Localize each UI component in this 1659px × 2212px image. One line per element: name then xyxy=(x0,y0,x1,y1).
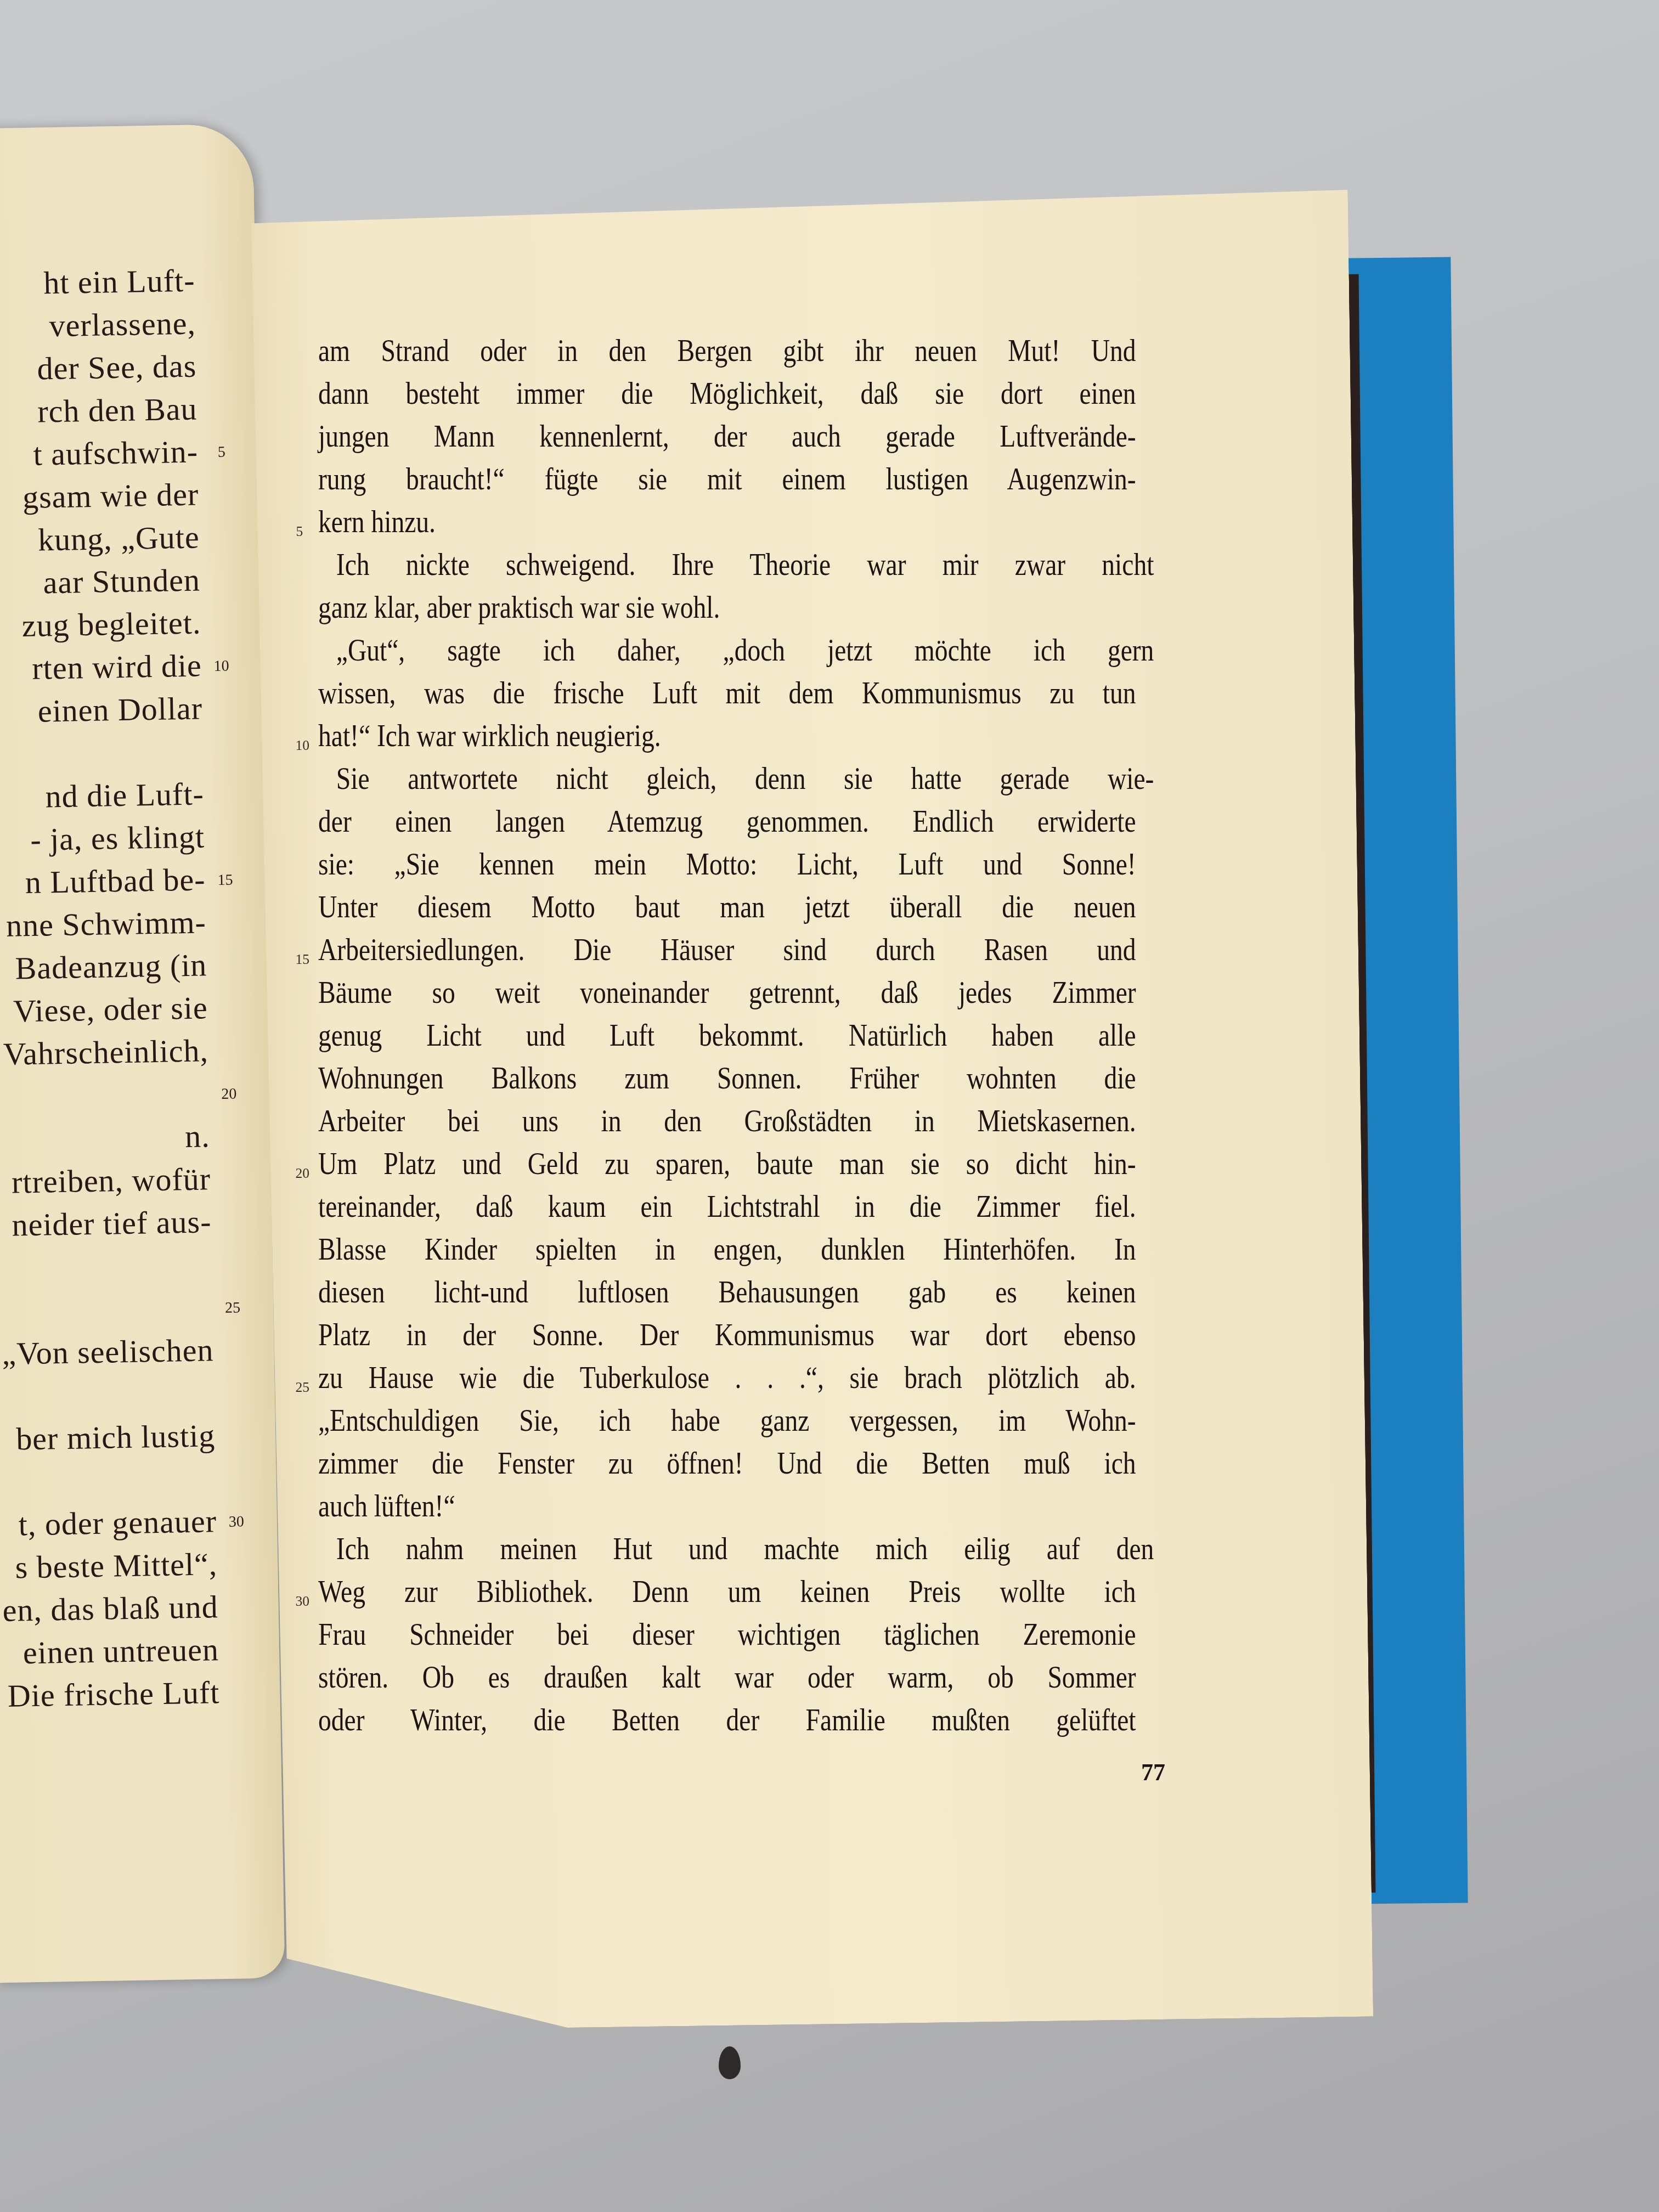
text-line-content: „Gut“, sagte ich daher, „doch jetzt möch… xyxy=(336,632,1154,668)
left-page-text: ht ein Luft-verlassene,der See, dasrch d… xyxy=(0,124,252,129)
text-line-content: der einen langen Atemzug genommen. Endli… xyxy=(318,803,1136,839)
left-text-line: zug begleitet. xyxy=(21,604,201,644)
text-line: „Gut“, sagte ich daher, „doch jetzt möch… xyxy=(318,629,1154,672)
left-text-line: n Luftbad be- xyxy=(25,861,206,901)
text-line: stören. Ob es draußen kalt war oder warm… xyxy=(318,1656,1136,1699)
left-line-number: 30 xyxy=(229,1513,245,1531)
text-line-content: rung braucht!“ fügte sie mit einem lusti… xyxy=(318,461,1136,496)
bookmark-ribbon-tip xyxy=(719,2046,741,2079)
left-line-number: 5 xyxy=(218,444,226,461)
text-line: Arbeitersiedlungen. Die Häuser sind durc… xyxy=(318,928,1136,971)
text-line: dann besteht immer die Möglichkeit, daß … xyxy=(318,372,1136,415)
text-line-content: zu Hause wie die Tuberkulose . . .“, sie… xyxy=(318,1359,1136,1395)
text-line: zimmer die Fenster zu öffnen! Und die Be… xyxy=(318,1442,1136,1485)
text-line-content: stören. Ob es draußen kalt war oder warm… xyxy=(318,1659,1136,1695)
text-line: hat!“ Ich war wirklich neugierig.10 xyxy=(318,714,1136,757)
line-number: 5 xyxy=(296,510,303,553)
left-line-number: 25 xyxy=(225,1299,241,1317)
left-text-line: t aufschwin- xyxy=(33,433,198,472)
text-line: Ich nahm meinen Hut und machte mich eili… xyxy=(318,1527,1154,1570)
page-number: 77 xyxy=(1141,1758,1165,1786)
text-line: am Strand oder in den Bergen gibt ihr ne… xyxy=(318,329,1136,372)
text-line-content: jungen Mann kennenlernt, der auch gerade… xyxy=(318,418,1136,454)
left-text-line: s beste Mittel“, xyxy=(15,1545,218,1585)
left-line-number: 20 xyxy=(221,1085,237,1103)
text-line-content: am Strand oder in den Bergen gibt ihr ne… xyxy=(318,332,1136,368)
text-line-content: wissen, was die frische Luft mit dem Kom… xyxy=(318,675,1136,710)
text-line: rung braucht!“ fügte sie mit einem lusti… xyxy=(318,458,1136,500)
text-line-content: Sie antwortete nicht gleich, denn sie ha… xyxy=(336,760,1154,796)
line-number: 15 xyxy=(296,938,310,981)
text-line: Wohnungen Balkons zum Sonnen. Früher woh… xyxy=(318,1057,1136,1099)
left-text-line: nd die Luft- xyxy=(45,775,204,815)
text-line: auch lüften!“ xyxy=(318,1485,1136,1527)
text-line: Weg zur Bibliothek. Denn um keinen Preis… xyxy=(318,1570,1136,1613)
text-line-content: genug Licht und Luft bekommt. Natürlich … xyxy=(318,1017,1136,1053)
text-line: Frau Schneider bei dieser wichtigen tägl… xyxy=(318,1613,1136,1656)
left-text-line: ber mich lustig xyxy=(16,1417,216,1457)
right-page-text: am Strand oder in den Bergen gibt ihr ne… xyxy=(318,329,1136,1741)
text-line: „Entschuldigen Sie, ich habe ganz verges… xyxy=(318,1399,1136,1442)
left-text-line: einen Dollar xyxy=(37,690,202,729)
text-line: Bäume so weit voneinander getrennt, daß … xyxy=(318,971,1136,1014)
line-number: 20 xyxy=(296,1152,310,1195)
text-line-content: Frau Schneider bei dieser wichtigen tägl… xyxy=(318,1616,1136,1652)
left-text-line: rch den Bau xyxy=(37,390,198,430)
text-line: Ich nickte schweigend. Ihre Theorie war … xyxy=(318,543,1154,586)
left-text-line: Viese, oder sie xyxy=(13,989,208,1029)
text-line-content: Platz in der Sonne. Der Kommunismus war … xyxy=(318,1317,1136,1352)
text-line: jungen Mann kennenlernt, der auch gerade… xyxy=(318,415,1136,458)
text-line: zu Hause wie die Tuberkulose . . .“, sie… xyxy=(318,1356,1136,1399)
text-line-content: kern hinzu. xyxy=(318,504,436,539)
text-line-content: tereinander, daß kaum ein Lichtstrahl in… xyxy=(318,1188,1136,1224)
text-line: Blasse Kinder spielten in engen, dunklen… xyxy=(318,1228,1136,1271)
left-text-line: t, oder genauer xyxy=(18,1503,217,1543)
text-line-content: diesen licht-und luftlosen Behausungen g… xyxy=(318,1274,1136,1310)
left-text-line: Vahrscheinlich, xyxy=(3,1032,208,1073)
text-line: oder Winter, die Betten der Familie mußt… xyxy=(318,1699,1136,1741)
left-text-line: ht ein Luft- xyxy=(43,262,195,302)
text-line: wissen, was die frische Luft mit dem Kom… xyxy=(318,672,1136,714)
line-number: 30 xyxy=(296,1580,310,1623)
left-text-line: kung, „Gute xyxy=(38,518,200,558)
text-line: genug Licht und Luft bekommt. Natürlich … xyxy=(318,1014,1136,1057)
text-line-content: sie: „Sie kennen mein Motto: Licht, Luft… xyxy=(318,846,1136,882)
left-text-line: nne Schwimm- xyxy=(6,904,207,944)
left-text-line: en, das blaß und xyxy=(2,1588,218,1629)
left-line-number: 10 xyxy=(213,658,229,675)
text-line-content: Um Platz und Geld zu sparen, baute man s… xyxy=(318,1145,1136,1181)
line-number: 10 xyxy=(296,724,310,767)
left-text-line: gsam wie der xyxy=(22,476,199,516)
left-text-line: rtreiben, wofür xyxy=(12,1160,211,1200)
left-text-line: aar Stunden xyxy=(43,561,201,601)
left-text-line: Badeanzug (in xyxy=(15,946,207,986)
left-text-line: der See, das xyxy=(37,347,197,387)
text-line: Platz in der Sonne. Der Kommunismus war … xyxy=(318,1313,1136,1356)
left-text-line: - ja, es klingt xyxy=(30,818,205,858)
text-line-content: Unter diesem Motto baut man jetzt überal… xyxy=(318,889,1136,924)
text-line: Unter diesem Motto baut man jetzt überal… xyxy=(318,885,1136,928)
left-text-line: rten wird die xyxy=(32,647,202,686)
text-line-content: auch lüften!“ xyxy=(318,1488,455,1523)
left-text-line: „Von seelischen xyxy=(2,1331,214,1372)
text-line-content: Weg zur Bibliothek. Denn um keinen Preis… xyxy=(318,1573,1136,1609)
text-line-content: ganz klar, aber praktisch war sie wohl. xyxy=(318,589,720,625)
left-text-line: verlassene, xyxy=(49,305,196,345)
text-line-content: „Entschuldigen Sie, ich habe ganz verges… xyxy=(318,1402,1136,1438)
text-line-content: Wohnungen Balkons zum Sonnen. Früher woh… xyxy=(318,1060,1136,1096)
text-line-content: Ich nickte schweigend. Ihre Theorie war … xyxy=(336,546,1154,582)
text-line-content: Arbeiter bei uns in den Großstädten in M… xyxy=(318,1103,1136,1138)
text-line-content: Arbeitersiedlungen. Die Häuser sind durc… xyxy=(318,932,1136,967)
left-text-line: Die frische Luft xyxy=(7,1674,220,1714)
left-line-number: 15 xyxy=(217,871,233,889)
text-line: diesen licht-und luftlosen Behausungen g… xyxy=(318,1271,1136,1313)
text-line-content: Bäume so weit voneinander getrennt, daß … xyxy=(318,974,1136,1010)
text-line-content: oder Winter, die Betten der Familie mußt… xyxy=(318,1702,1136,1737)
left-text-line: neider tief aus- xyxy=(12,1203,212,1243)
text-line-content: Blasse Kinder spielten in engen, dunklen… xyxy=(318,1231,1136,1267)
text-line: Sie antwortete nicht gleich, denn sie ha… xyxy=(318,757,1154,800)
text-line-content: hat!“ Ich war wirklich neugierig. xyxy=(318,718,661,753)
left-text-line: n. xyxy=(185,1118,211,1155)
text-line: der einen langen Atemzug genommen. Endli… xyxy=(318,800,1136,843)
text-line: tereinander, daß kaum ein Lichtstrahl in… xyxy=(318,1185,1136,1228)
line-number: 25 xyxy=(296,1366,310,1409)
text-line-content: zimmer die Fenster zu öffnen! Und die Be… xyxy=(318,1445,1136,1481)
text-line: Arbeiter bei uns in den Großstädten in M… xyxy=(318,1099,1136,1142)
text-line: kern hinzu.5 xyxy=(318,500,1136,543)
left-page: ht ein Luft-verlassene,der See, dasrch d… xyxy=(0,124,285,1983)
text-line: sie: „Sie kennen mein Motto: Licht, Luft… xyxy=(318,843,1136,885)
text-line-content: dann besteht immer die Möglichkeit, daß … xyxy=(318,375,1136,411)
text-line-content: Ich nahm meinen Hut und machte mich eili… xyxy=(336,1531,1154,1566)
text-line: ganz klar, aber praktisch war sie wohl. xyxy=(318,586,1136,629)
left-text-line: einen untreuen xyxy=(22,1631,219,1671)
text-line: Um Platz und Geld zu sparen, baute man s… xyxy=(318,1142,1136,1185)
